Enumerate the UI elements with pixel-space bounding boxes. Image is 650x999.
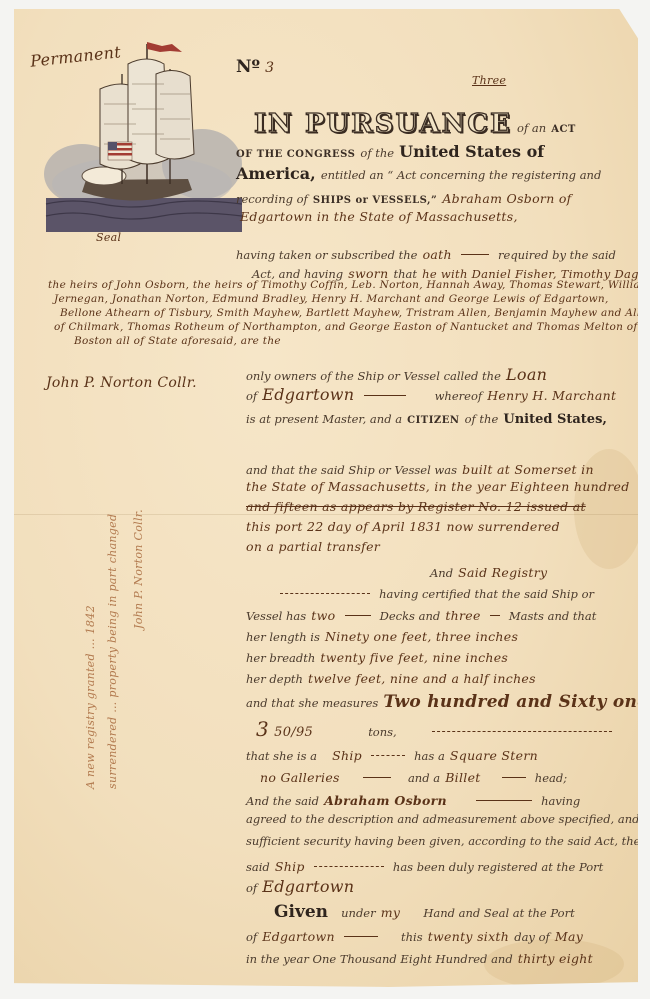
tonnage-line: and that she measures Two hundred and Si…	[246, 692, 648, 712]
owners-line: Boston all of State aforesaid, are the	[74, 335, 281, 347]
agreed-line: agreed to the description and admeasurem…	[246, 812, 640, 826]
registry-line: And Said Registry	[430, 562, 547, 581]
construction-line-4: this port 22 day of April 1831 now surre…	[246, 519, 560, 534]
certified-line: having certified that the said Ship or	[276, 583, 594, 602]
owners-line: Jernegan, Jonathan Norton, Edmund Bradle…	[54, 293, 609, 305]
vessel-line: only owners of the Ship or Vessel called…	[246, 365, 547, 384]
security-line: sufficient security having been given, a…	[246, 834, 640, 848]
owners-line: the heirs of John Osborn, the heirs of T…	[48, 279, 650, 291]
heading-line-1: IN PURSUANCE of an ACT	[254, 109, 576, 139]
length-line: her length is Ninety one feet, three inc…	[246, 626, 518, 645]
heading-line-3: America, entitled an “ Act concerning th…	[236, 164, 601, 183]
heading-line-4: recording of SHIPS or VESSELS,” Abraham …	[236, 188, 572, 207]
oath-line-1: having taken or subscribed the oath requ…	[236, 244, 616, 263]
certificate-paper: Permanent Seal Nº 3 Three IN PURSUANCE o…	[14, 9, 638, 987]
tonnage-fraction-line: 3 50/95 tons,	[256, 717, 616, 741]
head-line: no Galleries and a Billet head;	[260, 767, 567, 786]
owners-line: Bellone Athearn of Tisbury, Smith Mayhew…	[60, 307, 650, 319]
owners-line: of Chilmark, Thomas Rotheum of Northampt…	[54, 321, 638, 333]
registered-line: said Ship has been duly registered at th…	[246, 856, 603, 875]
given-line: Given under my Hand and Seal at the Port	[274, 902, 575, 922]
owner-name: Abraham Osborn of	[442, 191, 571, 206]
seal-mark: Seal	[96, 231, 121, 244]
master-name: Henry H. Marchant	[487, 388, 616, 403]
owner-place: Edgartown in the State of Massachusetts,	[240, 209, 518, 224]
vessel-name: Loan	[506, 365, 547, 384]
certificate-number: Nº 3	[236, 57, 274, 77]
collector-signature: John P. Norton Collr.	[46, 375, 197, 391]
agreer-line: And the said Abraham Osborn having	[246, 790, 580, 809]
date-line: of Edgartown this twenty sixth day of Ma…	[246, 926, 583, 945]
port-line: of Edgartown	[246, 877, 354, 896]
construction-line-3: and fifteen as appears by Register No. 1…	[246, 499, 586, 514]
margin-note-vertical: surrendered … property being in part cha…	[106, 514, 119, 789]
construction-line-2: the State of Massachusetts, in the year …	[246, 479, 630, 494]
construction-line-1: and that the said Ship or Vessel was bui…	[246, 459, 594, 478]
home-port-line: of Edgartown whereof Henry H. Marchant	[246, 385, 616, 404]
banner-title: IN PURSUANCE	[254, 109, 512, 139]
heading-line-2: OF THE CONGRESS of the United States of	[236, 142, 544, 161]
rig-line: that she is a Ship has a Square Stern	[246, 745, 538, 764]
three-note: Three	[472, 74, 506, 87]
construction-line-5: on a partial transfer	[246, 539, 380, 554]
breadth-line: her breadth twenty five feet, nine inche…	[246, 647, 508, 666]
margin-note-vertical: John P. Norton Collr.	[132, 509, 145, 629]
decks-masts-line: Vessel has two Decks and three Masts and…	[246, 605, 596, 624]
year-line: in the year One Thousand Eight Hundred a…	[246, 948, 593, 967]
citizen-line: is at present Master, and a CITIZEN of t…	[246, 408, 607, 427]
depth-line: her depth twelve feet, nine and a half i…	[246, 668, 536, 687]
tonnage-words: Two hundred and Sixty one	[383, 692, 648, 712]
margin-note-vertical: A new registry granted … 1842	[84, 605, 97, 789]
